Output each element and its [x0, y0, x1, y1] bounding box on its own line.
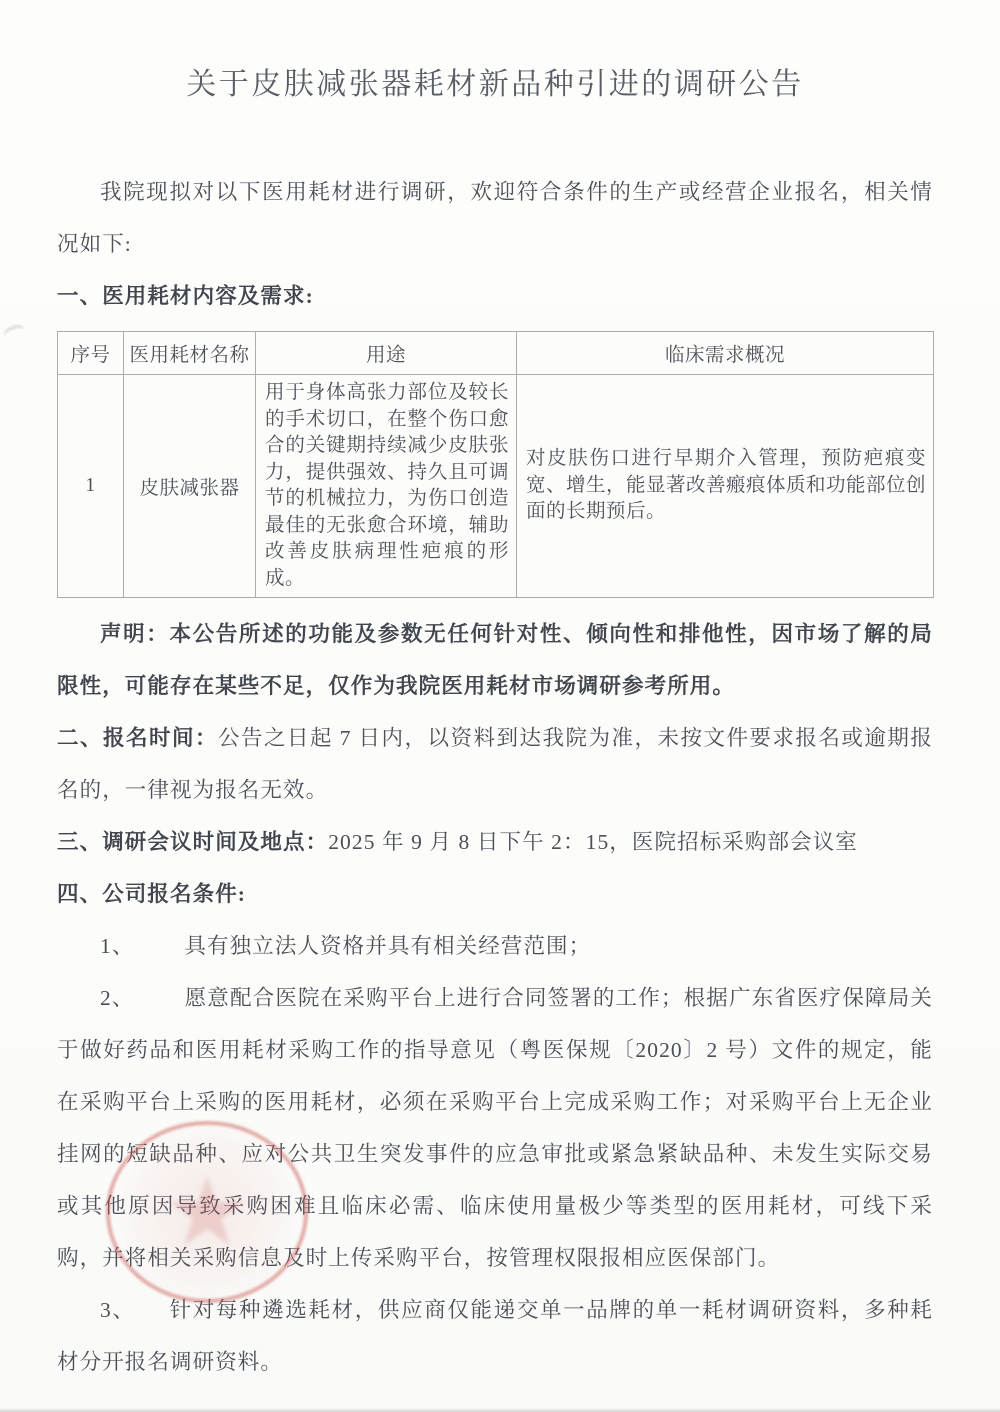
declaration-text: 本公告所述的功能及参数无任何针对性、倾向性和排他性，因市场了解的局限性，可能存在…	[57, 622, 933, 698]
cell-clinical: 对皮肤伤口进行早期介入管理，预防疤痕变宽、增生，能显著改善瘢痕体质和功能部位创面…	[517, 375, 934, 598]
condition-item-1: 1、具有独立法人资格并具有相关经营范围；	[57, 920, 933, 972]
item-2-number: 2、	[100, 986, 135, 1010]
item-1-text: 具有独立法人资格并具有相关经营范围；	[184, 934, 591, 958]
condition-item-2: 2、愿意配合医院在采购平台上进行合同签署的工作；根据广东省医疗保障局关于做好药品…	[57, 972, 933, 1284]
table-row: 1 皮肤减张器 用于身体高张力部位及较长的手术切口，在整个伤口愈合的关键期持续减…	[58, 375, 934, 598]
header-name: 医用耗材名称	[124, 332, 256, 375]
section-2-label: 二、报名时间：	[57, 726, 218, 750]
document-content: 关于皮肤减张器耗材新品种引进的调研公告 我院现拟对以下医用耗材进行调研，欢迎符合…	[57, 0, 933, 1388]
section-4-heading: 四、公司报名条件:	[57, 868, 933, 920]
item-1-number: 1、	[100, 934, 134, 958]
section-1-heading: 一、医用耗材内容及需求:	[57, 270, 933, 322]
condition-item-3: 3、针对每种遴选耗材，供应商仅能递交单一品牌的单一耗材调研资料，多种耗材分开报名…	[57, 1284, 933, 1388]
table-header-row: 序号 医用耗材名称 用途 临床需求概况	[58, 332, 934, 375]
header-usage: 用途	[256, 332, 517, 375]
cell-seq: 1	[58, 375, 124, 598]
section-2-paragraph: 二、报名时间：公告之日起 7 日内，以资料到达我院为准，未按文件要求报名或逾期报…	[57, 712, 933, 816]
header-seq: 序号	[58, 332, 124, 375]
item-3-text: 针对每种遴选耗材，供应商仅能递交单一品牌的单一耗材调研资料，多种耗材分开报名调研…	[57, 1298, 933, 1374]
section-3-label: 三、调研会议时间及地点：	[57, 830, 328, 854]
item-3-number: 3、	[100, 1298, 136, 1322]
intro-paragraph: 我院现拟对以下医用耗材进行调研，欢迎符合条件的生产或经营企业报名，相关情况如下:	[57, 166, 933, 270]
scanned-document-page: 关于皮肤减张器耗材新品种引进的调研公告 我院现拟对以下医用耗材进行调研，欢迎符合…	[0, 0, 1000, 1412]
header-clinical: 临床需求概况	[517, 332, 934, 375]
declaration-label: 声明：	[100, 622, 169, 646]
consumables-table: 序号 医用耗材名称 用途 临床需求概况 1 皮肤减张器 用于身体高张力部位及较长…	[57, 331, 934, 598]
item-2-text: 愿意配合医院在采购平台上进行合同签署的工作；根据广东省医疗保障局关于做好药品和医…	[57, 986, 933, 1270]
page-title: 关于皮肤减张器耗材新品种引进的调研公告	[57, 64, 933, 106]
section-3-text: 2025 年 9 月 8 日下午 2：15，医院招标采购部会议室	[328, 830, 858, 854]
declaration-paragraph: 声明：本公告所述的功能及参数无任何针对性、倾向性和排他性，因市场了解的局限性，可…	[57, 608, 933, 712]
section-3-paragraph: 三、调研会议时间及地点：2025 年 9 月 8 日下午 2：15，医院招标采购…	[57, 816, 933, 868]
cell-usage: 用于身体高张力部位及较长的手术切口，在整个伤口愈合的关键期持续减少皮肤张力，提供…	[256, 375, 517, 598]
scan-smudge	[2, 323, 29, 348]
cell-name: 皮肤减张器	[124, 375, 256, 598]
